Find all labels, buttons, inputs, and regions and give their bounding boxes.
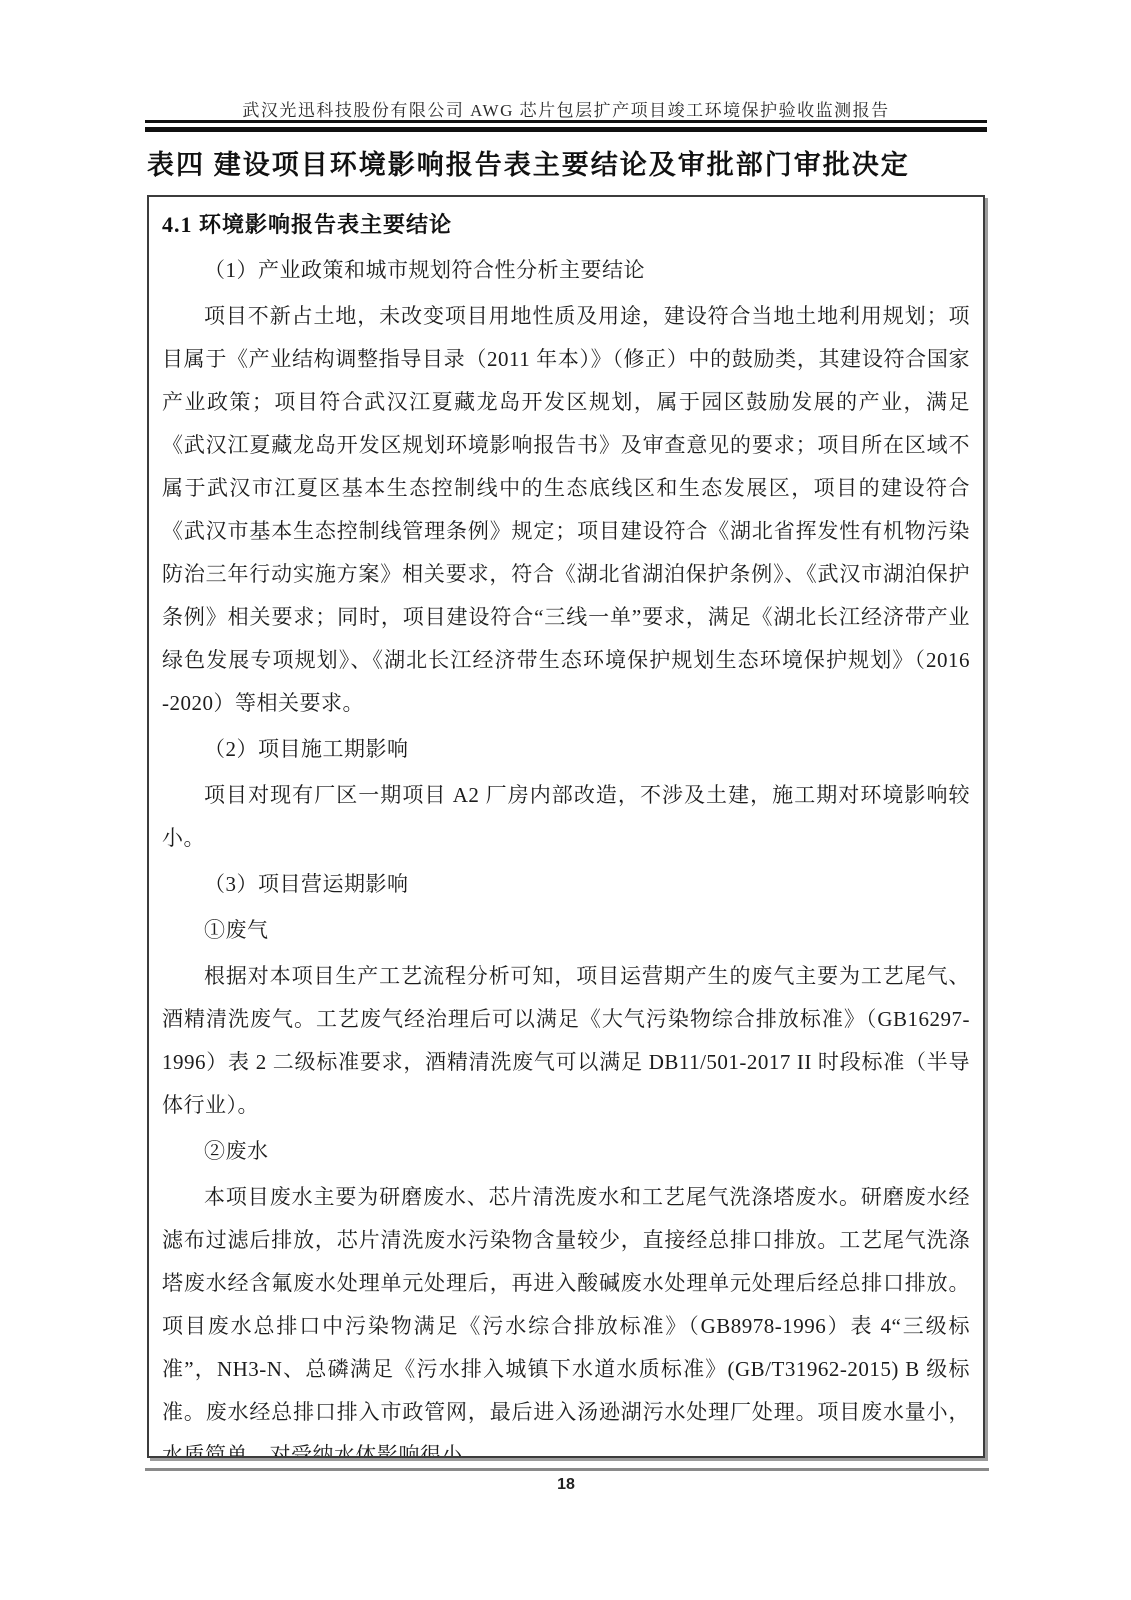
- header-divider-rule: [145, 120, 987, 132]
- paragraph-policy-conclusion: 项目不新占土地，未改变项目用地性质及用途，建设符合当地土地利用规划；项目属于《产…: [162, 295, 970, 725]
- page-number: 18: [147, 1476, 985, 1494]
- page-title: 表四 建设项目环境影响报告表主要结论及审批部门审批决定: [147, 143, 985, 182]
- subsection-heading-1: （1）产业政策和城市规划符合性分析主要结论: [162, 249, 970, 292]
- paragraph-waste-water: 本项目废水主要为研磨废水、芯片清洗废水和工艺尾气洗涤塔废水。研磨废水经滤布过滤后…: [162, 1176, 970, 1458]
- subsection-heading-waste-gas: ①废气: [162, 909, 970, 952]
- content-box: 4.1 环境影响报告表主要结论 （1）产业政策和城市规划符合性分析主要结论 项目…: [147, 195, 985, 1458]
- running-header: 武汉光迅科技股份有限公司 AWG 芯片包层扩产项目竣工环境保护验收监测报告: [147, 96, 985, 121]
- section-title: 4.1 环境影响报告表主要结论: [162, 205, 970, 245]
- subsection-heading-waste-water: ②废水: [162, 1130, 970, 1173]
- subsection-heading-3: （3）项目营运期影响: [162, 863, 970, 906]
- document-page: 武汉光迅科技股份有限公司 AWG 芯片包层扩产项目竣工环境保护验收监测报告 表四…: [0, 0, 1131, 1600]
- subsection-heading-2: （2）项目施工期影响: [162, 728, 970, 771]
- paragraph-construction-impact: 项目对现有厂区一期项目 A2 厂房内部改造，不涉及土建，施工期对环境影响较小。: [162, 774, 970, 860]
- footer-divider-rule: [145, 1468, 989, 1471]
- paragraph-waste-gas: 根据对本项目生产工艺流程分析可知，项目运营期产生的废气主要为工艺尾气、酒精清洗废…: [162, 955, 970, 1127]
